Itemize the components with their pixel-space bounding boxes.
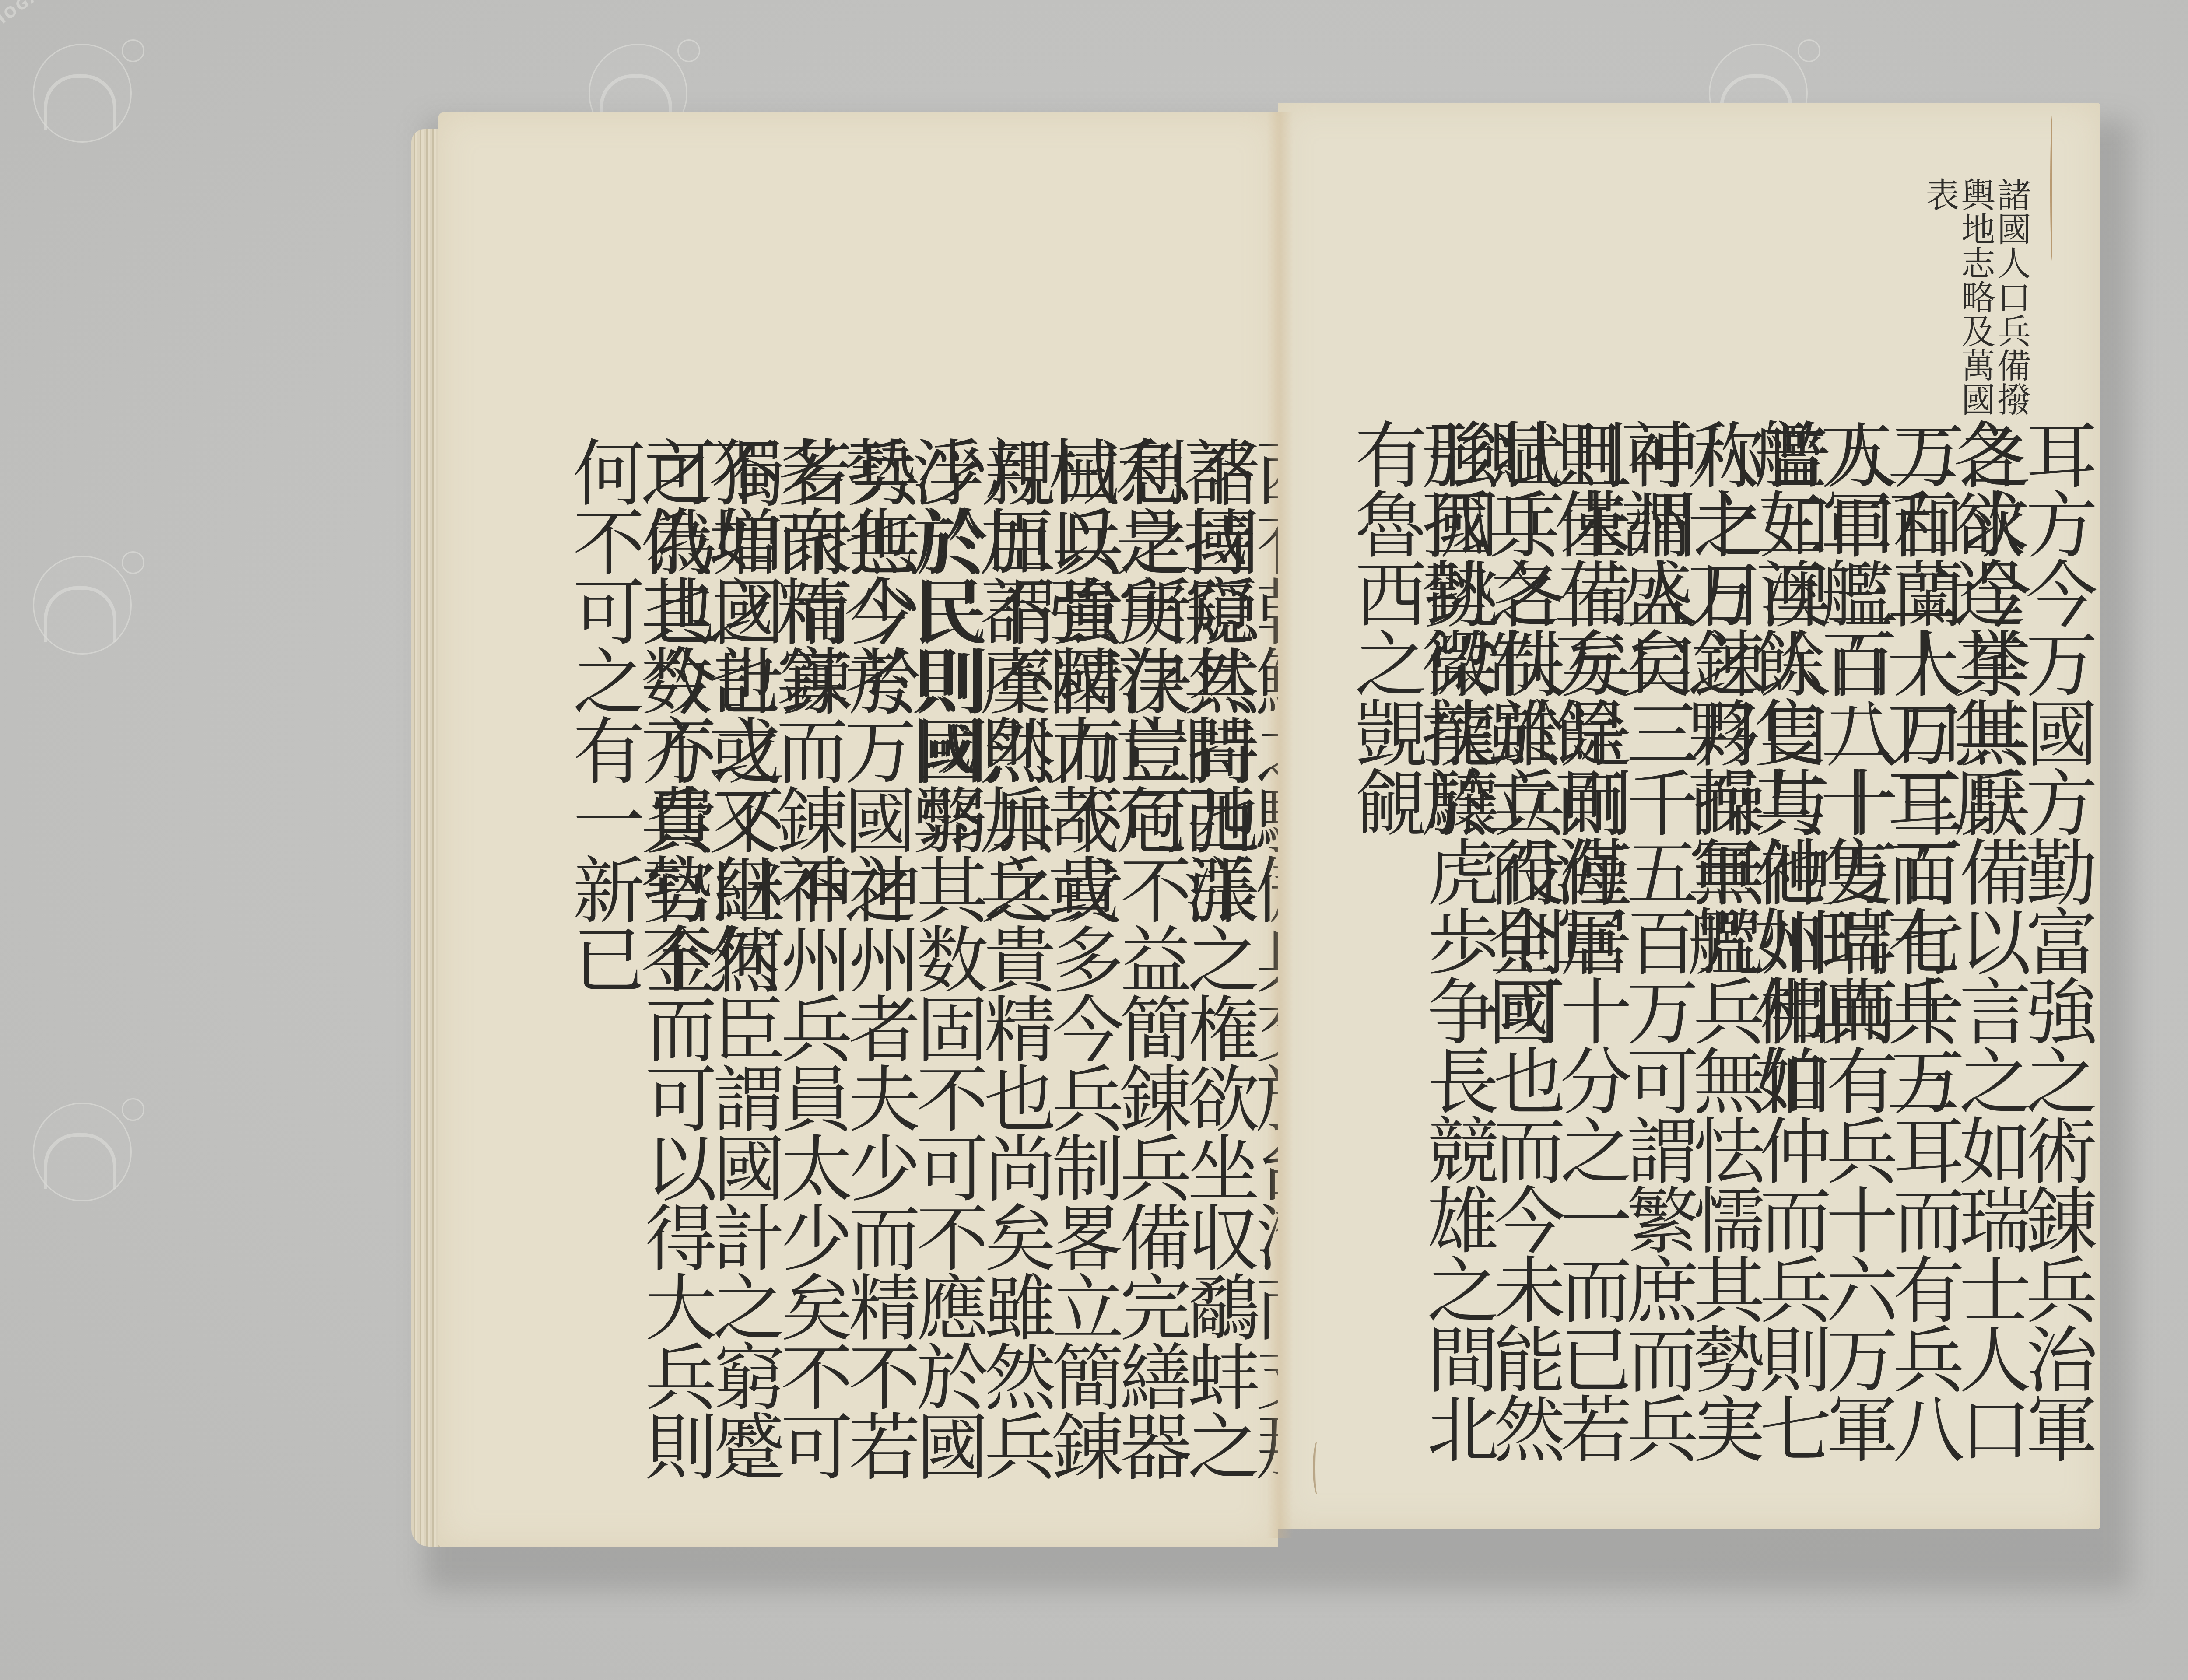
annotation-line: 輿地志略及萬國 — [1956, 177, 1995, 416]
binding-thread — [2050, 114, 2055, 262]
text-column: 強國跳梁龍驤虎歩争長競雄之間北有魯西之覬覦 — [1349, 418, 1493, 1529]
book-gutter — [1267, 112, 1293, 1538]
open-book: 西有朝鮮之驕傲兵交於台湾而支那不持窺其間西洋 諸國隠然持弛張之権欲坐収鷸蚌之利是… — [411, 103, 2118, 1564]
annotation-line: 表 — [1920, 177, 1959, 211]
right-page: 諸國人口兵備撥 輿地志略及萬國 表 耳方今万國方勤富強之術錬兵治軍各欲逞其無厭 … — [1278, 103, 2100, 1529]
annotation-line: 諸國人口兵備撥 — [1992, 177, 2031, 416]
text-column: 可為也今不費官金而可以得大兵則何不可之有一新已 — [567, 435, 711, 1547]
marginal-annotation: 諸國人口兵備撥 輿地志略及萬國 表 — [1921, 177, 2029, 416]
paper-stain — [1313, 1442, 1322, 1494]
left-page: 西有朝鮮之驕傲兵交於台湾而支那不持窺其間西洋 諸國隠然持弛張之権欲坐収鷸蚌之利是… — [438, 112, 1278, 1547]
